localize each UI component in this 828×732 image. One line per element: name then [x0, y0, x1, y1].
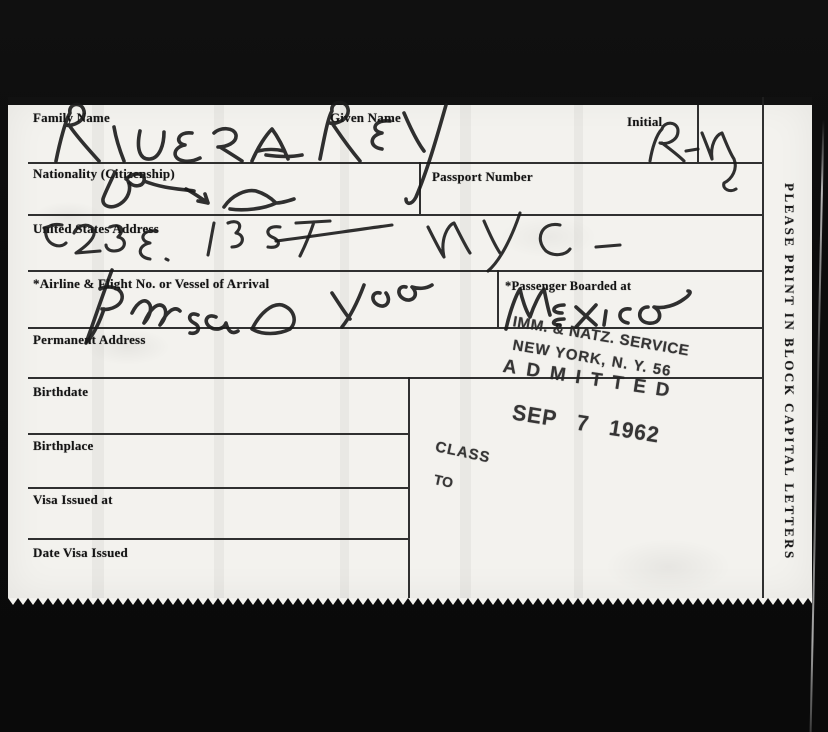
scanned-document-background: Family Name Given Name Initial Nationali…: [0, 0, 828, 732]
given-name-handwriting: [320, 102, 446, 203]
card-perforated-edge: [8, 598, 812, 605]
arrival-card: Family Name Given Name Initial Nationali…: [8, 97, 812, 598]
airline-handwriting: [86, 270, 432, 343]
nationality-handwriting: [103, 172, 294, 210]
handwriting-layer: [8, 97, 812, 598]
family-name-handwriting: [56, 104, 302, 161]
initial-handwriting: [650, 123, 736, 190]
boarded-at-handwriting: [506, 289, 690, 329]
us-address-handwriting: [44, 213, 620, 271]
